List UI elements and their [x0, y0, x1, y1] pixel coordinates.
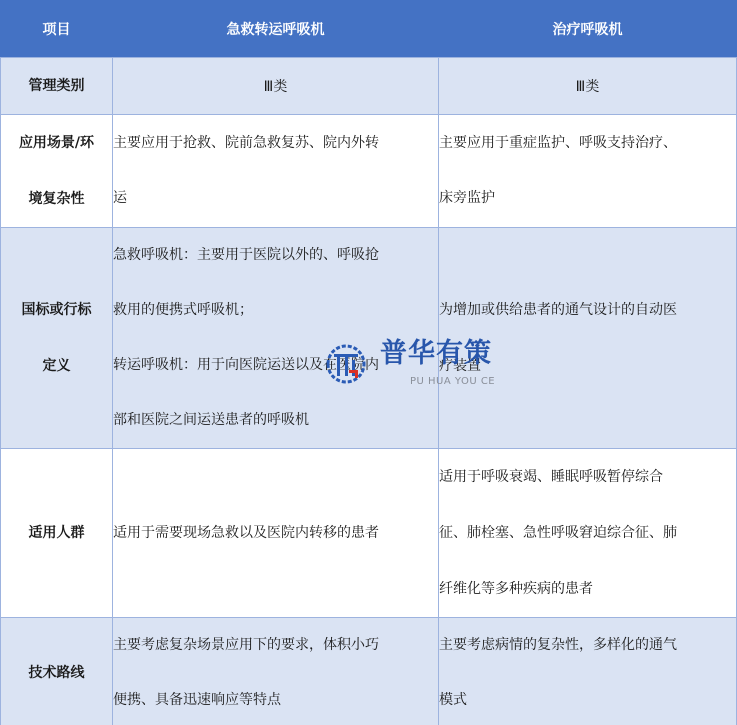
cell-emergency: 主要考虑复杂场景应用下的要求，体积小巧 便携、具备迅速响应等特点	[113, 618, 439, 725]
cell-therapy: Ⅲ类	[439, 58, 737, 115]
row-label-text: 应用场景/环	[1, 115, 112, 171]
cell-text: 救用的便携式呼吸机；	[113, 283, 438, 338]
header-emergency-transport-ventilator: 急救转运呼吸机	[113, 1, 439, 58]
cell-text: 主要考虑复杂场景应用下的要求，体积小巧	[113, 618, 438, 673]
row-label: 技术路线	[1, 618, 113, 725]
cell-text: 转运呼吸机：用于向医院运送以及在医院内	[113, 338, 438, 393]
cell-text: Ⅲ类	[264, 79, 288, 95]
cell-text: 部和医院之间运送患者的呼吸机	[113, 393, 438, 448]
cell-text: 模式	[439, 673, 736, 725]
cell-text: 疗装置	[439, 338, 736, 394]
table-row-management-class: 管理类别 Ⅲ类 Ⅲ类	[1, 58, 737, 115]
row-label-text: 定义	[1, 338, 112, 394]
cell-text: 适用于呼吸衰竭、睡眠呼吸暂停综合	[439, 449, 736, 505]
row-label: 适用人群	[1, 449, 113, 618]
cell-therapy: 主要应用于重症监护、呼吸支持治疗、 床旁监护	[439, 115, 737, 228]
cell-text: 为增加或供给患者的通气设计的自动医	[439, 282, 736, 338]
cell-text: 主要应用于重症监护、呼吸支持治疗、	[439, 116, 736, 171]
row-label: 国标或行标 定义	[1, 228, 113, 449]
comparison-table: 项目 急救转运呼吸机 治疗呼吸机 管理类别 Ⅲ类 Ⅲ类 应用场景/环 境复杂性	[0, 0, 737, 725]
cell-text: 主要应用于抢救、院前急救复苏、院内外转	[113, 116, 438, 171]
header-therapy-ventilator: 治疗呼吸机	[439, 1, 737, 58]
row-label: 应用场景/环 境复杂性	[1, 115, 113, 228]
cell-emergency: Ⅲ类	[113, 58, 439, 115]
cell-text: 征、肺栓塞、急性呼吸窘迫综合征、肺	[439, 505, 736, 561]
cell-text: 适用于需要现场急救以及医院内转移的患者	[113, 505, 438, 561]
cell-emergency: 急救呼吸机：主要用于医院以外的、呼吸抢 救用的便携式呼吸机； 转运呼吸机：用于向…	[113, 228, 439, 449]
row-label-text: 境复杂性	[1, 171, 112, 227]
cell-text: 床旁监护	[439, 171, 736, 226]
cell-therapy: 为增加或供给患者的通气设计的自动医 疗装置	[439, 228, 737, 449]
header-row: 项目 急救转运呼吸机 治疗呼吸机	[1, 1, 737, 58]
row-label-text: 国标或行标	[1, 282, 112, 338]
table-row-technical-route: 技术路线 主要考虑复杂场景应用下的要求，体积小巧 便携、具备迅速响应等特点 主要…	[1, 618, 737, 725]
cell-text: 主要考虑病情的复杂性，多样化的通气	[439, 618, 736, 673]
cell-therapy: 适用于呼吸衰竭、睡眠呼吸暂停综合 征、肺栓塞、急性呼吸窘迫综合征、肺 纤维化等多…	[439, 449, 737, 618]
cell-emergency: 适用于需要现场急救以及医院内转移的患者	[113, 449, 439, 618]
cell-emergency: 主要应用于抢救、院前急救复苏、院内外转 运	[113, 115, 439, 228]
table-row-application-scenario: 应用场景/环 境复杂性 主要应用于抢救、院前急救复苏、院内外转 运 主要应用于重…	[1, 115, 737, 228]
row-label-text: 技术路线	[1, 645, 112, 701]
table-row-target-patients: 适用人群 适用于需要现场急救以及医院内转移的患者 适用于呼吸衰竭、睡眠呼吸暂停综…	[1, 449, 737, 618]
row-label-text: 管理类别	[1, 58, 112, 114]
row-label: 管理类别	[1, 58, 113, 115]
cell-text: 运	[113, 171, 438, 226]
cell-text: 便携、具备迅速响应等特点	[113, 673, 438, 725]
header-item: 项目	[1, 1, 113, 58]
cell-text: 纤维化等多种疾病的患者	[439, 561, 736, 617]
cell-text: Ⅲ类	[576, 79, 600, 95]
cell-text: 急救呼吸机：主要用于医院以外的、呼吸抢	[113, 228, 438, 283]
cell-therapy: 主要考虑病情的复杂性，多样化的通气 模式	[439, 618, 737, 725]
row-label-text: 适用人群	[1, 505, 112, 561]
table-row-standard-definition: 国标或行标 定义 急救呼吸机：主要用于医院以外的、呼吸抢 救用的便携式呼吸机； …	[1, 228, 737, 449]
